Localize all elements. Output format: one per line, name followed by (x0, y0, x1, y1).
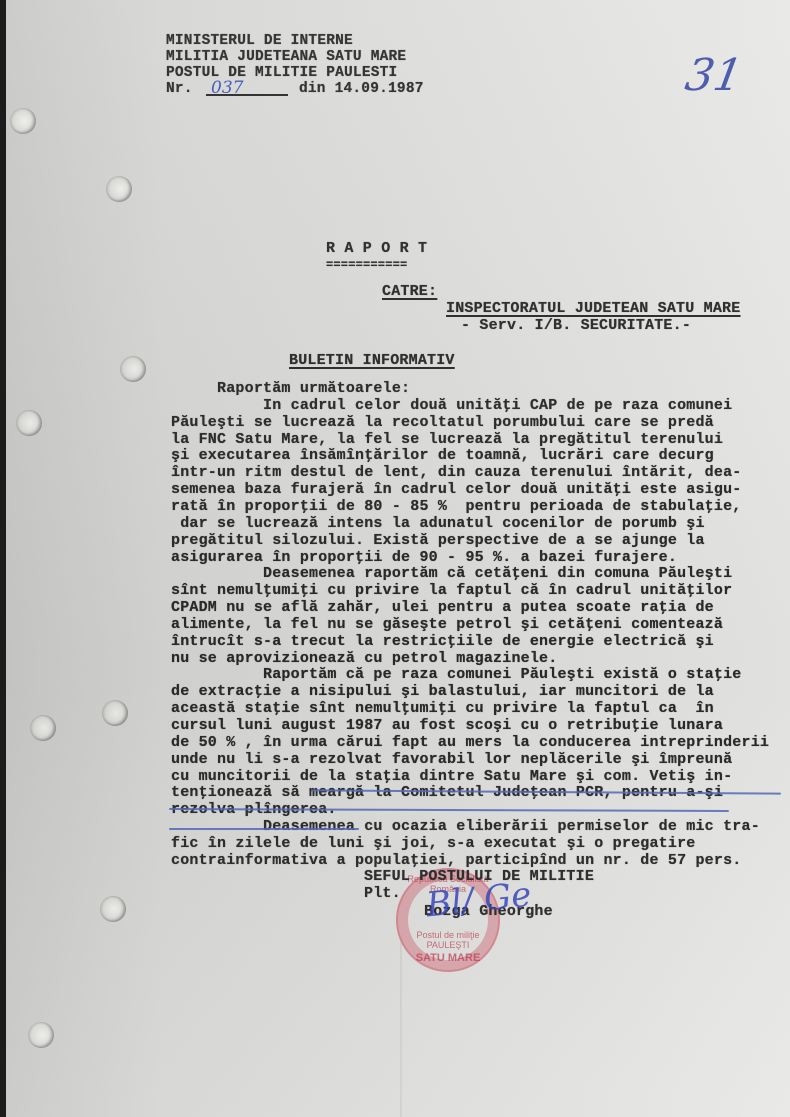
punch-hole (28, 1022, 54, 1048)
recipient-line1: INSPECTORATUL JUDETEAN SATU MARE (446, 300, 740, 317)
body-line: Deasemenea raportăm că cetăţeni din comu… (171, 565, 732, 582)
body-line: Raportăm că pe raza comunei Păuleşti exi… (171, 666, 742, 683)
body-line: nu se aprovizionează cu petrol magazinel… (171, 650, 557, 667)
header-post: POSTUL DE MILITIE PAULESTI (166, 65, 397, 81)
body-line: şi executarea însămînţărilor de toamnă, … (171, 447, 714, 464)
body-line: această staţie sînt nemulţumiţi cu privi… (171, 700, 714, 717)
header-nr-label: Nr. (166, 81, 193, 97)
archive-page-mark: 31 (682, 50, 747, 101)
body-line: la FNC Satu Mare, la fel se lucrează la … (171, 431, 723, 448)
body-line: cursul luni august 1987 au fost scoşi cu… (171, 717, 723, 734)
body-line: Deasemenea cu ocazia eliberării permisel… (171, 818, 760, 835)
punch-hole (106, 176, 132, 202)
body-line: de extracţie a nisipului şi balastului, … (171, 683, 714, 700)
punch-hole (102, 700, 128, 726)
document-page: MINISTERUL DE INTERNE MILITIA JUDETEANA … (6, 0, 790, 1117)
body-line: dar se lucrează intens la adunatul cocen… (171, 515, 705, 532)
paper-fold (400, 940, 402, 1117)
subject-heading: BULETIN INFORMATIV (289, 352, 455, 369)
punch-hole (16, 410, 42, 436)
punch-hole (120, 356, 146, 382)
recipient-line2: - Serv. I/B. SECURITATE.- (461, 317, 691, 334)
pen-underline (169, 828, 359, 830)
header-date: din 14.09.1987 (299, 81, 424, 97)
body-line: rată în proporţii de 80 - 85 % pentru pe… (171, 498, 742, 515)
header-militia: MILITIA JUDETEANA SATU MARE (166, 49, 406, 65)
body-line: In cadrul celor două unităţi CAP de pe r… (171, 397, 732, 414)
body-line: CPADM nu se află zahăr, ulei pentru a pu… (171, 599, 714, 616)
signature-rank: Plt. (364, 885, 401, 902)
body-line: fic în zilele de luni şi joi, s-a execut… (171, 835, 695, 852)
punch-hole (10, 108, 36, 134)
body-line: de 50 % , în urma cărui fapt au mers la … (171, 734, 769, 751)
stamp-bottom-text: SATU MARE (398, 952, 498, 964)
punch-hole (30, 715, 56, 741)
body-line: cu muncitorii de la staţia dintre Satu M… (171, 768, 732, 785)
body-line: întrucît s-a trecut la restricţiile de e… (171, 633, 714, 650)
header-nr-value: 037 (211, 78, 243, 98)
body-line: asigurarea în proporţii de 90 - 95 %. a … (171, 549, 677, 566)
recipient-label: CATRE: (382, 283, 437, 300)
body-line: alimente, la fel nu se găseşte petrol şi… (171, 616, 723, 633)
body-line: Păuleşti se lucrează la recoltatul porum… (171, 414, 714, 431)
body-line: contrainformativa a populaţiei, particip… (171, 852, 742, 869)
body-line: într-un ritm destul de lent, din cauza t… (171, 464, 742, 481)
report-title-rule: =========== (326, 258, 407, 272)
body-line: Raportăm următoarele: (171, 380, 410, 397)
body-line: semenea baza furajeră în cadrul celor do… (171, 481, 742, 498)
body-line: pregătitul silozului. Există perspective… (171, 532, 705, 549)
stamp-mid-text: Postul de miliţie PAULEŞTI (398, 930, 498, 950)
punch-hole (100, 896, 126, 922)
report-title: R A P O R T (326, 240, 427, 257)
body-line: sînt nemulţumiţi cu privire la faptul că… (171, 582, 732, 599)
body-line: unde nu li s-a rezolvat favorabil lor ne… (171, 751, 732, 768)
header-ministry: MINISTERUL DE INTERNE (166, 33, 353, 49)
